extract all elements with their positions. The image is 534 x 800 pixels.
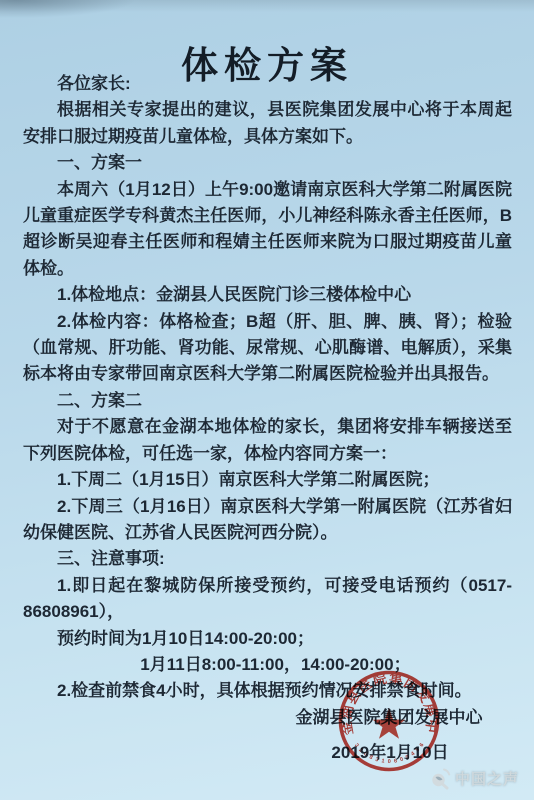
paragraph-note-1: 1.即日起在黎城防保所接受预约，可接受电话预约（0517-86808961）， xyxy=(23,573,512,626)
section-heading-plan-1: 一、方案一 xyxy=(23,150,512,176)
notice-document: 体检方案 各位家长: 根据相关专家提出的建议，县医院集团发展中心将于本周起安排口… xyxy=(0,0,534,800)
paragraph-plan1-details: 本周六（1月12日）上午9:00邀请南京医科大学第二附属医院儿童重症医学专科黄杰… xyxy=(23,177,512,283)
microphone-icon xyxy=(430,766,452,790)
section-heading-notes: 三、注意事项: xyxy=(23,546,512,572)
watermark: 中国之声 xyxy=(430,766,519,790)
paragraph-booking-time-1: 预约时间为1月10日14:00-20:00； xyxy=(23,626,512,652)
paragraph-exam-location: 1.体检地点：金湖县人民医院门诊三楼体检中心 xyxy=(23,282,512,308)
paragraph-hospital-option-2: 2.下周三（1月16日）南京医科大学第一附属医院（江苏省妇幼保健医院、江苏省人民… xyxy=(23,494,512,547)
paragraph-exam-content: 2.体检内容：体格检查；B超（肝、胆、脾、胰、肾）；检验（血常规、肝功能、肾功能… xyxy=(23,309,512,388)
salutation: 各位家长: xyxy=(23,71,512,97)
watermark-label: 中国之声 xyxy=(455,768,519,789)
notice-body: 各位家长: 根据相关专家提出的建议，县医院集团发展中心将于本周起安排口服过期疫苗… xyxy=(23,71,512,705)
star-icon xyxy=(373,708,405,739)
paragraph-intro: 根据相关专家提出的建议，县医院集团发展中心将于本周起安排口服过期疫苗儿童体检，具… xyxy=(23,97,512,150)
paragraph-hospital-option-1: 1.下周二（1月15日）南京医科大学第二附属医院； xyxy=(23,467,512,493)
paragraph-plan2-details: 对于不愿意在金湖本地体检的家长，集团将安排车辆接送至下列医院体检，可任选一家，体… xyxy=(23,414,512,467)
section-heading-plan-2: 二、方案二 xyxy=(23,388,512,414)
